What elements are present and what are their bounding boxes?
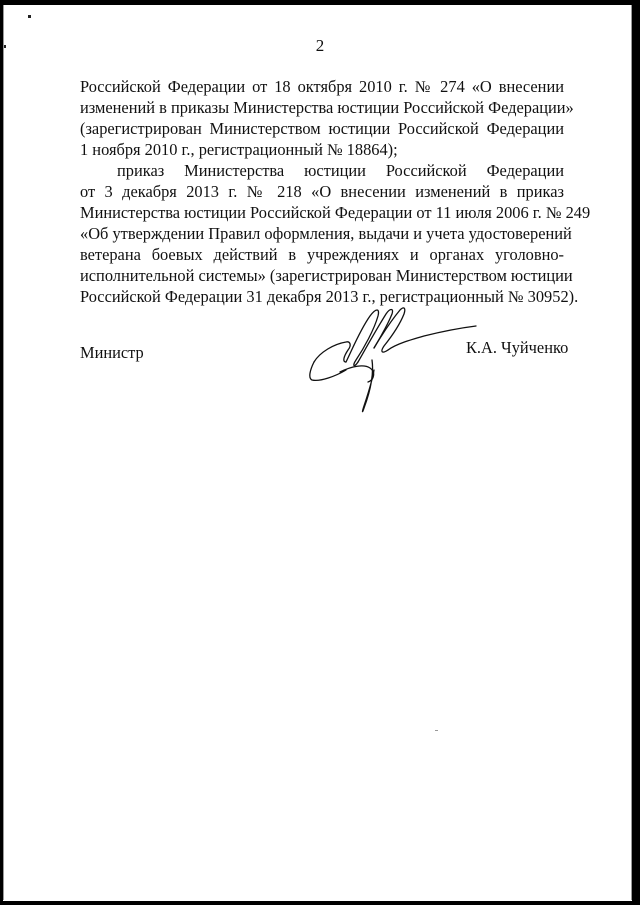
document-body: Российской Федерации от 18 октября 2010 …: [80, 76, 564, 307]
signer-title: Министр: [80, 343, 144, 363]
text-line: (зарегистрирован Министерством юстиции Р…: [80, 118, 564, 139]
text-line: ветерана боевых действий в учреждениях и…: [80, 244, 564, 265]
scan-border-top: [0, 0, 640, 5]
text-line: изменений в приказы Министерства юстиции…: [80, 97, 564, 118]
scan-border-right: [632, 0, 640, 905]
text-line: приказ Министерства юстиции Российской Ф…: [80, 160, 564, 181]
page-number: 2: [0, 36, 640, 56]
signature-block: Министр К.А. Чуйченко: [0, 300, 640, 430]
text-line: 1 ноября 2010 г., регистрационный № 1886…: [80, 139, 564, 160]
signer-name: К.А. Чуйченко: [466, 338, 568, 358]
scan-border-bottom: [0, 901, 640, 905]
text-line: исполнительной системы» (зарегистрирован…: [80, 265, 564, 286]
text-line: Российской Федерации от 18 октября 2010 …: [80, 76, 564, 97]
paragraph-1: Российской Федерации от 18 октября 2010 …: [80, 76, 564, 160]
text-line: Министерства юстиции Российской Федераци…: [80, 202, 564, 223]
scan-speck: [435, 730, 438, 731]
text-line: «Об утверждении Правил оформления, выдач…: [80, 223, 564, 244]
signature-icon: [300, 300, 480, 420]
scan-edge-left: [3, 5, 4, 900]
text-line: от 3 декабря 2013 г. № 218 «О внесении и…: [80, 181, 564, 202]
scan-edge-right: [631, 5, 632, 900]
paragraph-2: приказ Министерства юстиции Российской Ф…: [80, 160, 564, 307]
scan-speck: [28, 15, 31, 18]
